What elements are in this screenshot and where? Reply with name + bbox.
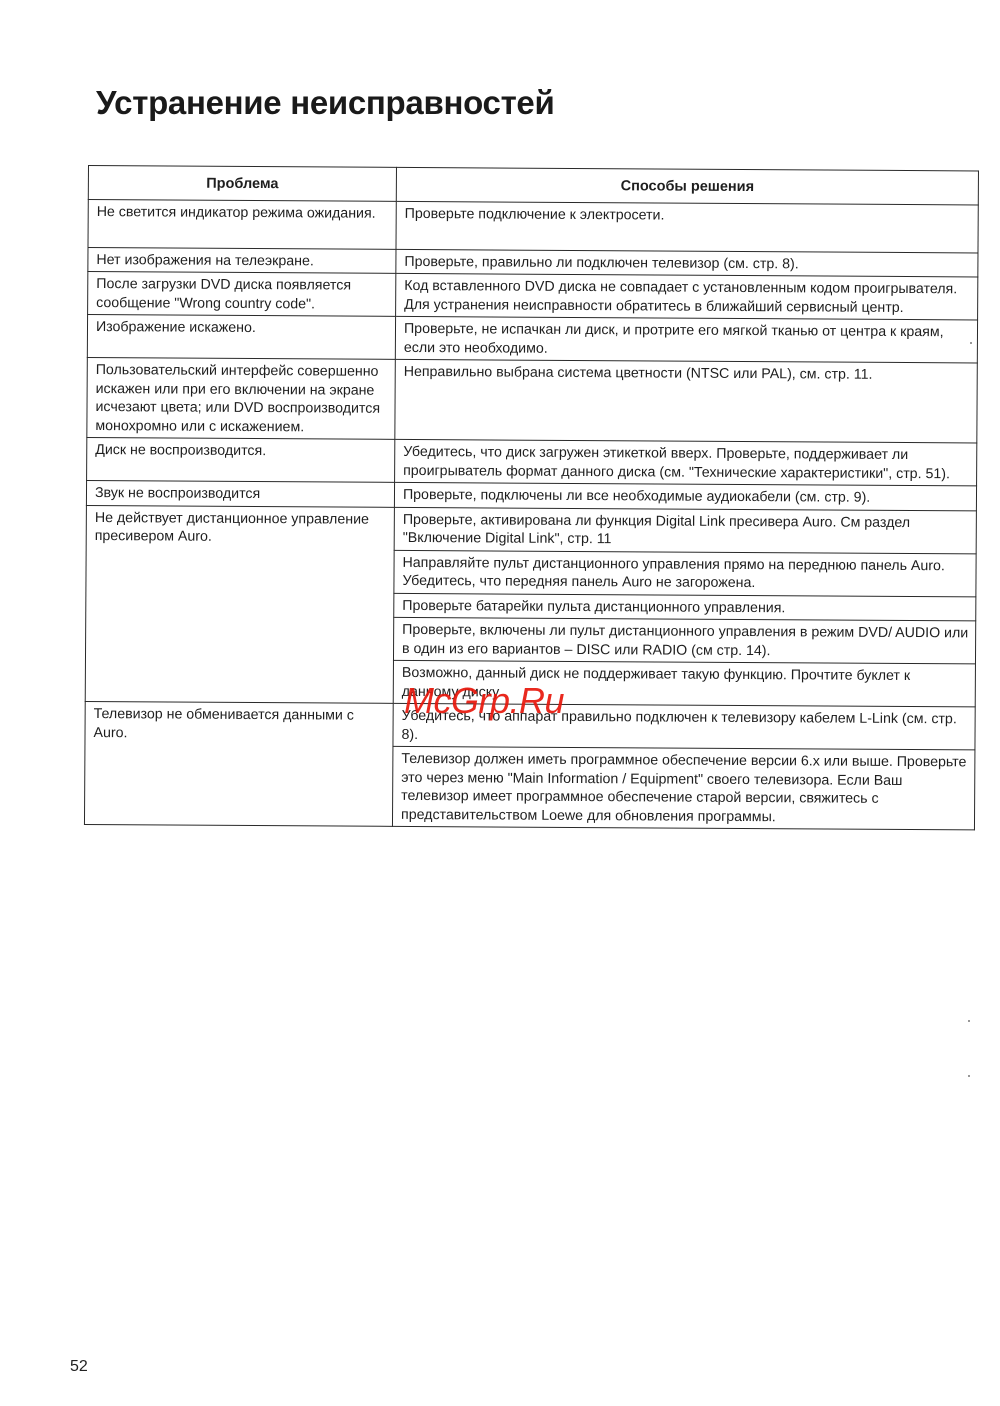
problem-cell: Не действует дистанционное управление пр… (85, 505, 394, 703)
problem-cell: Изображение искажено. (87, 315, 395, 360)
scan-speck (968, 1020, 970, 1022)
solution-cell: Проверьте, правильно ли подключен телеви… (396, 249, 978, 277)
problem-cell: Диск не воспроизводится. (87, 437, 395, 482)
troubleshooting-table: Проблема Способы решения Не светится инд… (84, 165, 979, 830)
solution-cell: Убедитесь, что диск загружен этикеткой в… (395, 439, 977, 486)
scan-speck (968, 1075, 970, 1077)
table-row: Изображение искажено. Проверьте, не испа… (87, 315, 977, 363)
table-row: Телевизор не обменивается данными с Auro… (85, 701, 975, 749)
table-row: Пользовательский интерфейс совершенно ис… (87, 357, 977, 442)
problem-cell: Телевизор не обменивается данными с Auro… (84, 701, 393, 826)
solution-cell: Проверьте, не испачкан ли диск, и протри… (395, 316, 977, 363)
solution-cell: Направляйте пульт дистанционного управле… (394, 550, 976, 597)
solution-cell: Проверьте подключение к электросети. (396, 201, 978, 253)
solution-cell: Проверьте, подключены ли все необходимые… (394, 482, 976, 510)
solution-cell: Проверьте батарейки пульта дистанционног… (394, 593, 976, 621)
problem-cell: Нет изображения на телеэкране. (88, 247, 396, 273)
page-number: 52 (70, 1358, 88, 1376)
solution-cell: Код вставленного DVD диска не совпадает … (396, 273, 978, 320)
solution-cell: Телевизор должен иметь программное обесп… (392, 746, 974, 830)
table-header-row: Проблема Способы решения (88, 166, 978, 205)
solution-cell: Проверьте, активирована ли функция Digit… (394, 507, 976, 554)
table-row: После загрузки DVD диска появляется сооб… (88, 272, 978, 320)
page-title: Устранение неисправностей (96, 84, 554, 122)
table-row: Не действует дистанционное управление пр… (86, 505, 976, 553)
solution-cell: Возможно, данный диск не поддерживает та… (393, 660, 975, 707)
problem-cell: После загрузки DVD диска появляется сооб… (88, 272, 396, 317)
problem-cell: Звук не воспроизводится (86, 480, 394, 506)
table-row: Не светится индикатор режима ожидания. П… (88, 199, 978, 252)
solution-cell: Убедитесь, что аппарат правильно подключ… (393, 703, 975, 750)
header-solution: Способы решения (396, 167, 978, 204)
scan-speck (970, 342, 972, 344)
header-problem: Проблема (88, 166, 396, 201)
solution-cell: Проверьте, включены ли пульт дистанционн… (393, 617, 975, 664)
table-row: Диск не воспроизводится. Убедитесь, что … (87, 437, 977, 485)
problem-cell: Пользовательский интерфейс совершенно ис… (87, 357, 395, 439)
solution-cell: Неправильно выбрана система цветности (N… (395, 359, 977, 443)
problem-cell: Не светится индикатор режима ожидания. (88, 199, 396, 249)
